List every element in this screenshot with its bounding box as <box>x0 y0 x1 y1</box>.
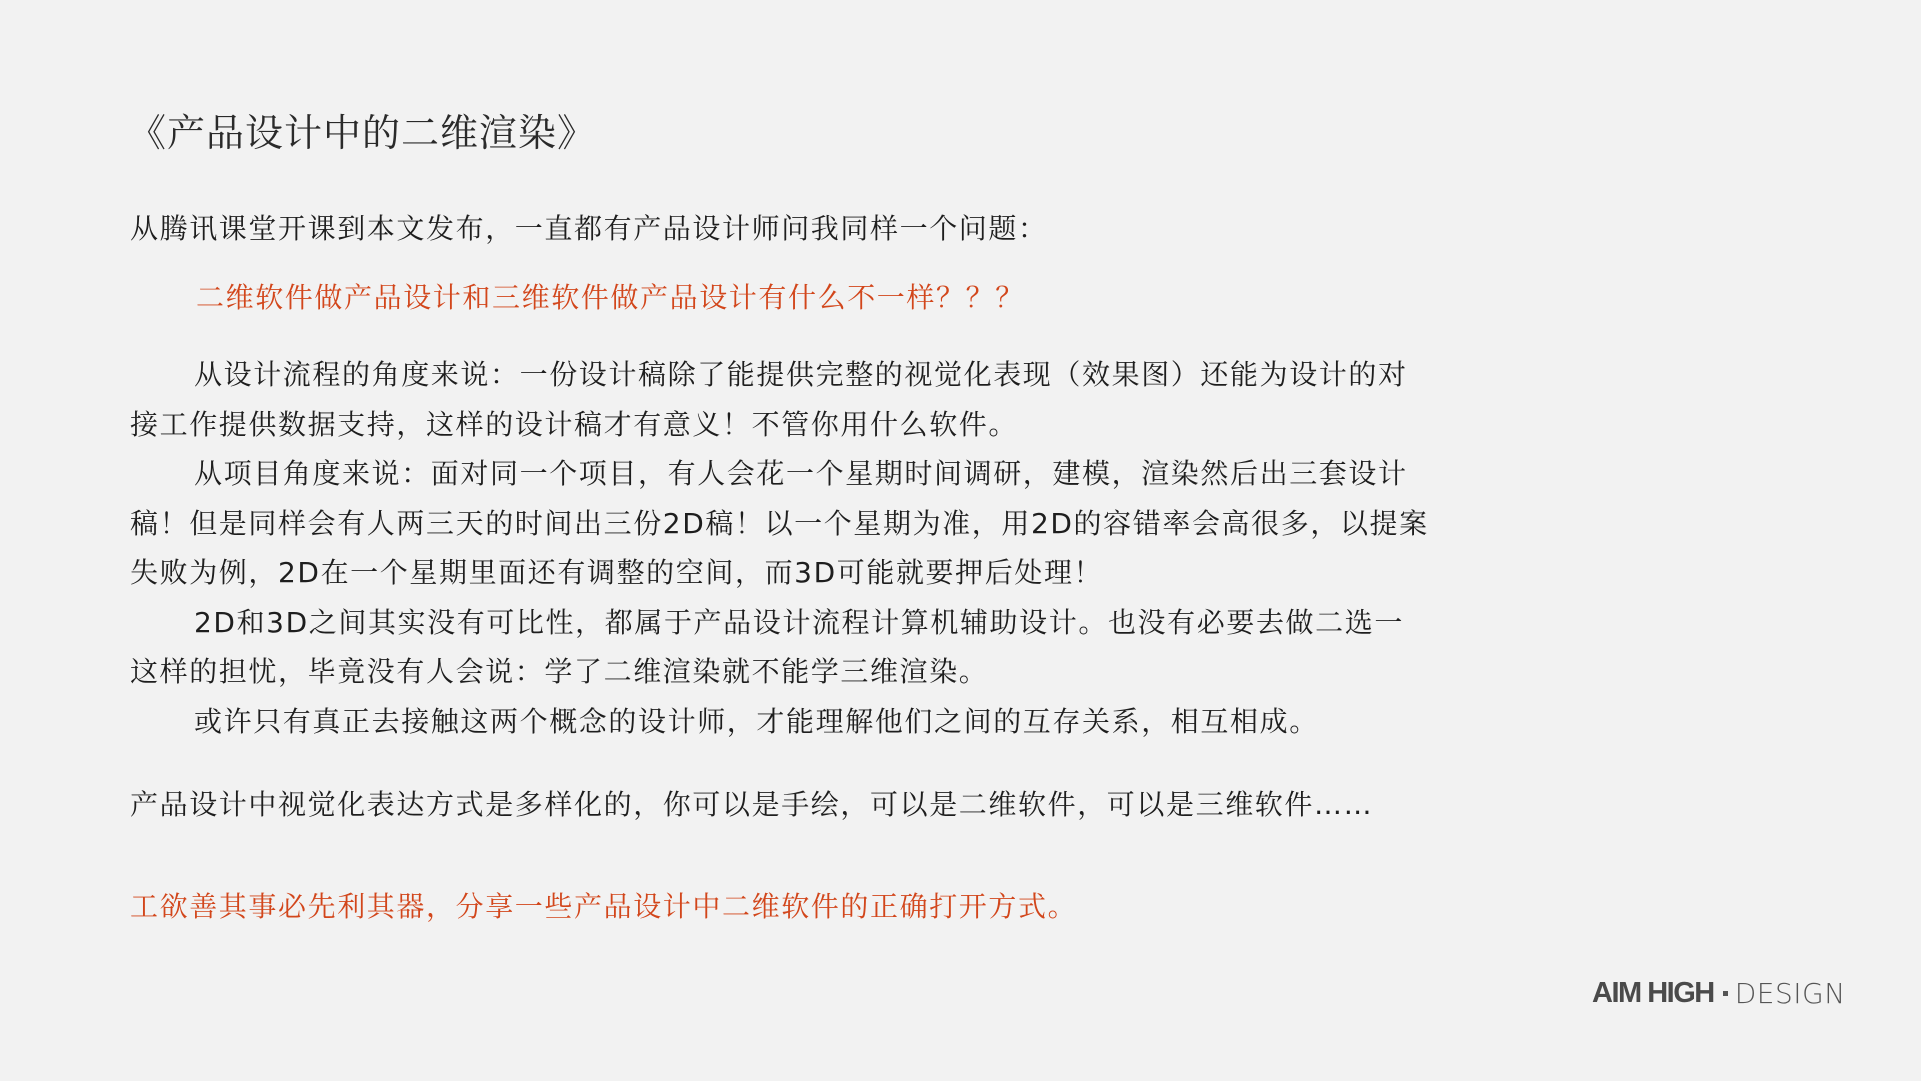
logo-light-text: DESIGN <box>1735 977 1846 1010</box>
paragraph-comparison: 2D和3D之间其实没有可比性，都属于产品设计流程计算机辅助设计。也没有必要去做二… <box>130 598 1430 697</box>
paragraph-project: 从项目角度来说：面对同一个项目，有人会花一个星期时间调研，建模，渲染然后出三套设… <box>130 449 1430 598</box>
paragraph-conclusion: 或许只有真正去接触这两个概念的设计师，才能理解他们之间的互存关系，相互相成。 <box>130 697 1430 747</box>
paragraph-workflow: 从设计流程的角度来说：一份设计稿除了能提供完整的视觉化表现（效果图）还能为设计的… <box>130 350 1430 449</box>
closing-text: 工欲善其事必先利其器，分享一些产品设计中二维软件的正确打开方式。 <box>130 887 1077 927</box>
logo-dot-icon <box>1723 991 1728 996</box>
logo-bold-text: AIM HIGH <box>1592 977 1714 1010</box>
body-paragraphs: 从设计流程的角度来说：一份设计稿除了能提供完整的视觉化表现（效果图）还能为设计的… <box>130 350 1430 746</box>
question-text: 二维软件做产品设计和三维软件做产品设计有什么不一样？？？ <box>196 278 1025 318</box>
intro-text: 从腾讯课堂开课到本文发布，一直都有产品设计师问我同样一个问题： <box>130 209 1048 249</box>
slide-title: 《产品设计中的二维渲染》 <box>128 108 596 158</box>
slide: 《产品设计中的二维渲染》 从腾讯课堂开课到本文发布，一直都有产品设计师问我同样一… <box>0 0 1921 1081</box>
summary-text: 产品设计中视觉化表达方式是多样化的，你可以是手绘，可以是二维软件，可以是三维软件… <box>130 785 1373 825</box>
brand-logo: AIM HIGH DESIGN <box>1592 976 1846 1010</box>
